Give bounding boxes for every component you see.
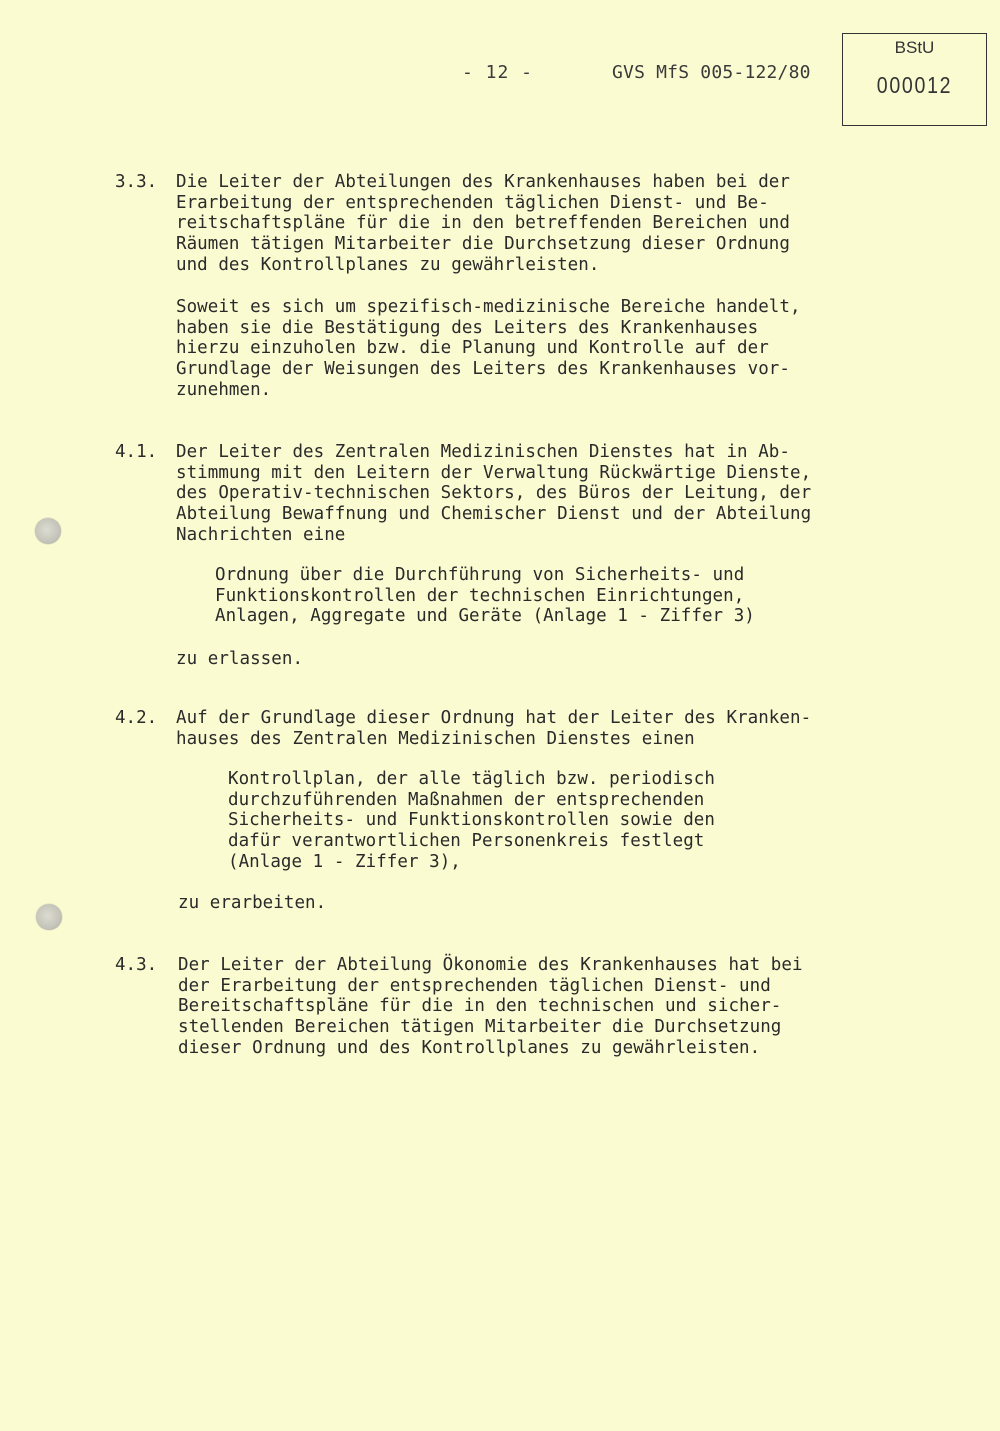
section-indented-text: Kontrollplan, der alle täglich bzw. peri…	[228, 769, 715, 873]
section-paragraph: Die Leiter der Abteilungen des Krankenha…	[176, 172, 790, 276]
punch-hole-icon	[35, 518, 61, 544]
section-number: 4.1.	[115, 442, 157, 462]
section-paragraph: Soweit es sich um spezifisch-medizinisch…	[176, 297, 801, 401]
stamp-label: BStU	[843, 38, 986, 58]
section-number: 4.3.	[115, 955, 157, 975]
punch-hole-icon	[36, 904, 62, 930]
section-paragraph: Der Leiter der Abteilung Ökonomie des Kr…	[178, 955, 803, 1059]
section-number: 4.2.	[115, 708, 157, 728]
section-closing: zu erarbeiten.	[178, 893, 326, 914]
section-intro: Der Leiter des Zentralen Medizinischen D…	[176, 442, 811, 546]
section-intro: Auf der Grundlage dieser Ordnung hat der…	[176, 708, 811, 749]
document-page: - 12 - GVS MfS 005-122/80 BStU 000012 3.…	[0, 0, 1000, 1431]
stamp-number: 000012	[854, 72, 976, 99]
archive-stamp: BStU 000012	[842, 33, 987, 126]
section-closing: zu erlassen.	[176, 649, 303, 670]
document-reference: GVS MfS 005-122/80	[612, 62, 811, 83]
section-indented-text: Ordnung über die Durchführung von Sicher…	[215, 565, 755, 627]
page-number: - 12 -	[462, 62, 533, 83]
section-number: 3.3.	[115, 172, 157, 192]
